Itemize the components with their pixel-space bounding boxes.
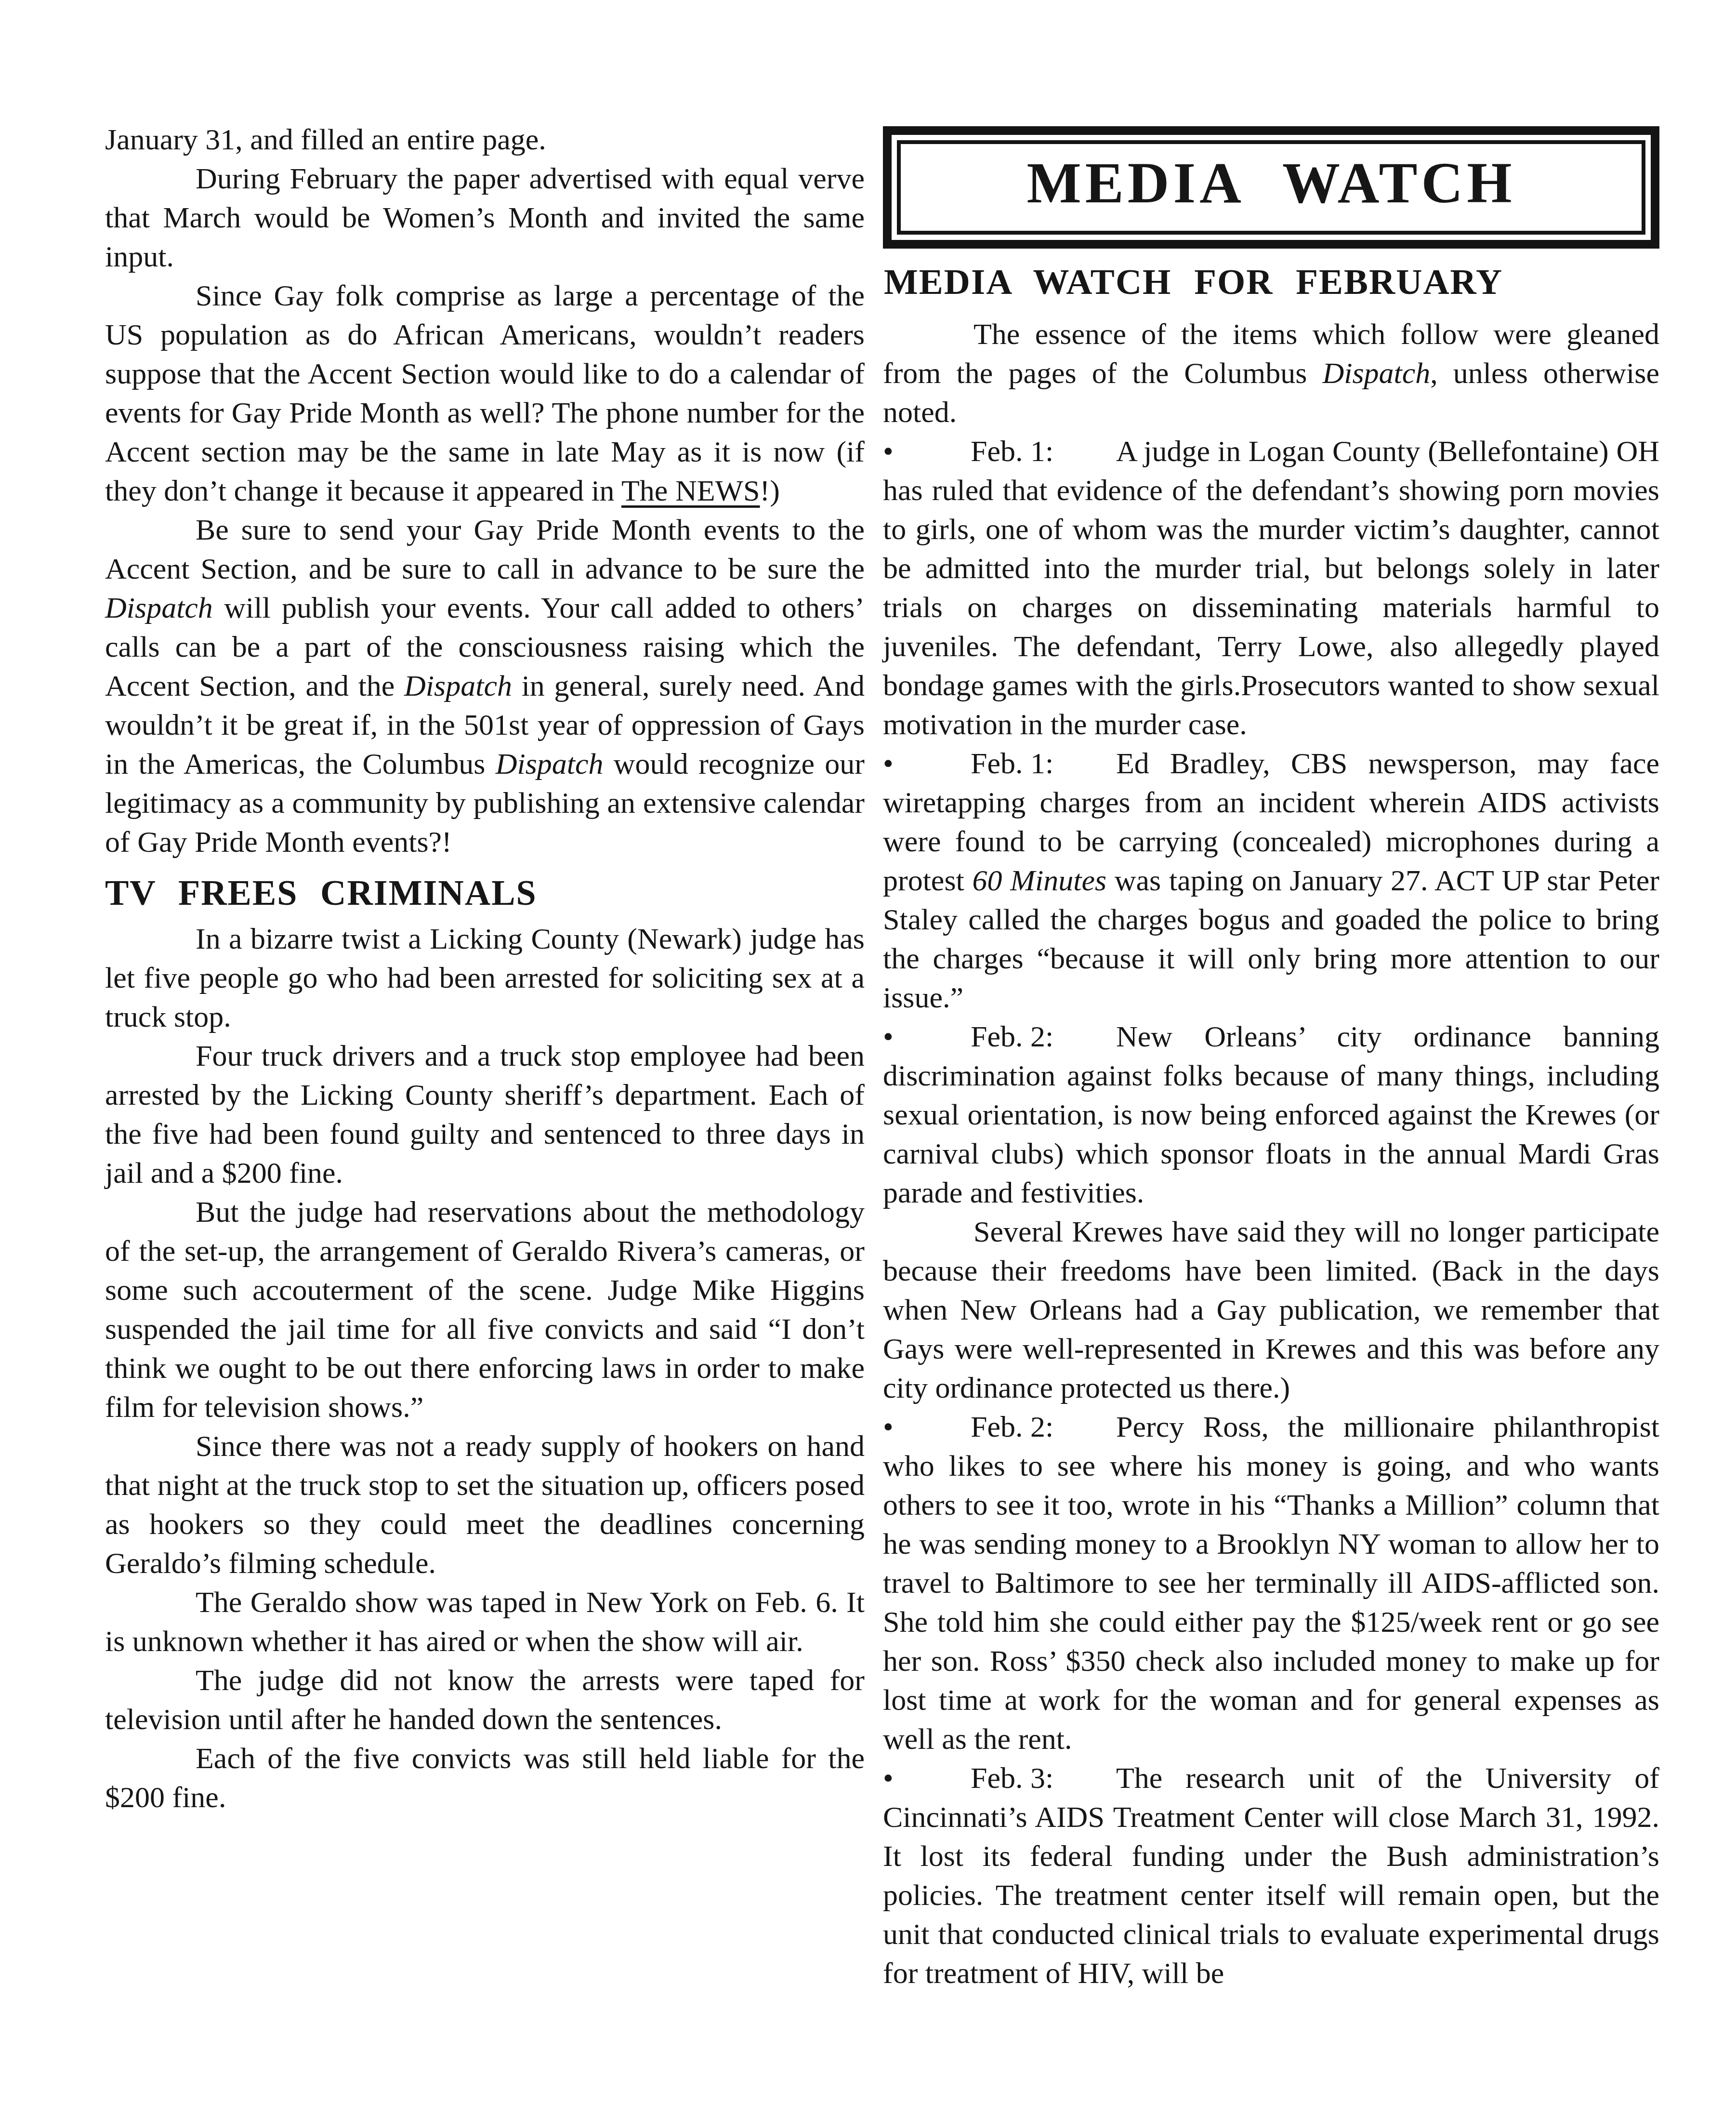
- paragraph-bizarre-twist: In a bizarre twist a Licking County (New…: [105, 920, 865, 1037]
- text-run: Be sure to send your Gay Pride Month eve…: [105, 514, 865, 585]
- italic-dispatch: Dispatch: [404, 670, 512, 702]
- text-run: !): [760, 475, 780, 507]
- bullet-text: A judge in Logan County (Bellefontaine) …: [883, 435, 1659, 741]
- bullet-date: Feb. 1:: [971, 744, 1116, 783]
- paragraph-no-hookers: Since there was not a ready supply of ho…: [105, 1427, 865, 1583]
- bullet-marker: •: [883, 1018, 971, 1057]
- paragraph-four-truck-drivers: Four truck drivers and a truck stop empl…: [105, 1037, 865, 1193]
- media-watch-box: MEDIA WATCH: [883, 126, 1659, 249]
- right-column: MEDIA WATCH MEDIA WATCH FOR FEBRUARY The…: [883, 126, 1659, 1993]
- media-watch-title: MEDIA WATCH: [1026, 151, 1515, 215]
- bullet-marker: •: [883, 744, 971, 783]
- underlined-the-news: The NEWS: [621, 475, 760, 507]
- media-watch-box-inner-border: MEDIA WATCH: [897, 140, 1645, 235]
- paragraph-judge-did-not-know: The judge did not know the arrests were …: [105, 1661, 865, 1739]
- paragraph-gay-pride-calendar: Since Gay folk comprise as large a perce…: [105, 277, 865, 511]
- bullet-marker: •: [883, 1408, 971, 1447]
- bullet-text: Percy Ross, the millionaire philanthropi…: [883, 1411, 1659, 1756]
- paragraph-send-events: Be sure to send your Gay Pride Month eve…: [105, 511, 865, 862]
- media-watch-for-february-heading: MEDIA WATCH FOR FEBRUARY: [884, 260, 1659, 304]
- paragraph-still-liable: Each of the five convicts was still held…: [105, 1739, 865, 1817]
- bullet-date: Feb. 2:: [971, 1408, 1116, 1447]
- paragraph-february-advert: During February the paper advertised wit…: [105, 159, 865, 277]
- bullet-item-feb1-ed-bradley: •Feb. 1:Ed Bradley, CBS newsperson, may …: [883, 744, 1659, 1018]
- bullet-item-feb3-research-unit: •Feb. 3:The research unit of the Univers…: [883, 1759, 1659, 1993]
- bullet-date: Feb. 2:: [971, 1018, 1116, 1057]
- text-run: Since Gay folk comprise as large a perce…: [105, 279, 865, 507]
- tv-frees-criminals-heading: TV FREES CRIMINALS: [105, 872, 865, 915]
- paragraph-intro: The essence of the items which follow we…: [883, 315, 1659, 432]
- bullet-item-feb2-new-orleans: •Feb. 2:New Orleans’ city ordinance bann…: [883, 1018, 1659, 1213]
- italic-dispatch: Dispatch: [496, 748, 604, 780]
- bullet-marker: •: [883, 432, 971, 471]
- italic-dispatch: Dispatch: [1322, 357, 1430, 390]
- paragraph-continuation: January 31, and filled an entire page.: [105, 120, 865, 159]
- bullet-item-feb2-percy-ross: •Feb. 2:Percy Ross, the millionaire phil…: [883, 1408, 1659, 1759]
- bullet-marker: •: [883, 1759, 971, 1798]
- left-column: January 31, and filled an entire page. D…: [105, 120, 865, 1817]
- paragraph-several-krewes: Several Krewes have said they will no lo…: [883, 1213, 1659, 1408]
- paragraph-judge-reservations: But the judge had reservations about the…: [105, 1193, 865, 1427]
- newsletter-page: January 31, and filled an entire page. D…: [0, 0, 1736, 2102]
- bullet-item-feb1-judge: •Feb. 1:A judge in Logan County (Bellefo…: [883, 432, 1659, 744]
- bullet-date: Feb. 3:: [971, 1759, 1116, 1798]
- bullet-date: Feb. 1:: [971, 432, 1116, 471]
- italic-60-minutes: 60 Minutes: [973, 864, 1107, 897]
- paragraph-geraldo-taped: The Geraldo show was taped in New York o…: [105, 1583, 865, 1661]
- italic-dispatch: Dispatch: [105, 592, 213, 624]
